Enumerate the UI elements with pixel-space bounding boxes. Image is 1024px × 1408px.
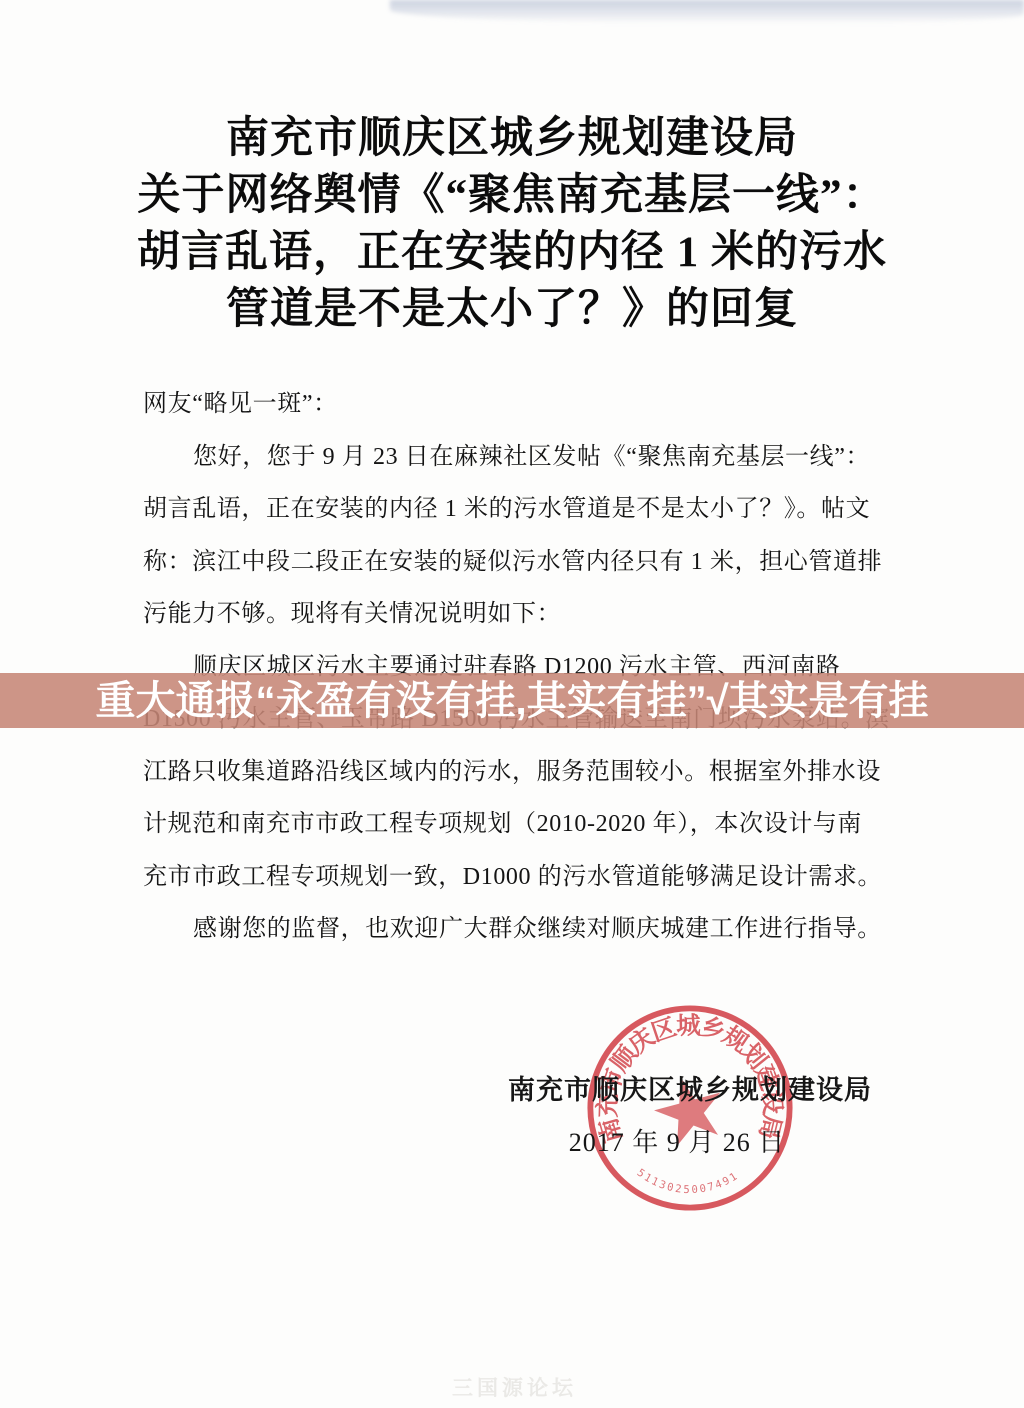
overlay-ad-text: 重大通报“永盈有没有挂,其实有挂”√其实是有挂 — [0, 673, 1024, 728]
forum-watermark: 三国源论坛 — [452, 1372, 577, 1402]
body-line: 江路只收集道路沿线区域内的污水，服务范围较小。根据室外排水设 — [143, 746, 888, 799]
overlay-ad-banner: 重大通报“永盈有没有挂,其实有挂”√其实是有挂 — [0, 673, 1024, 728]
body-line: 称：滨江中段二段正在安装的疑似污水管内径只有 1 米，担心管道排 — [143, 536, 888, 589]
scan-shadow — [390, 0, 1024, 24]
official-seal-stamp: 南充市顺庆区城乡规划建设局 5113025007491 — [584, 1002, 796, 1214]
svg-text:5113025007491: 5113025007491 — [635, 1167, 742, 1196]
body-line: 计规范和南充市市政工程专项规划（2010-2020 年），本次设计与南 — [143, 798, 888, 851]
body-line: 您好，您于 9 月 23 日在麻辣社区发帖《“聚焦南充基层一线”： — [143, 431, 888, 484]
document-title: 南充市顺庆区城乡规划建设局 关于网络舆情《“聚焦南充基层一线”： 胡言乱语，正在… — [50, 110, 974, 338]
body-line: 充市市政工程专项规划一致，D1000 的污水管道能够满足设计需求。 — [143, 851, 888, 904]
body-line: 感谢您的监督，也欢迎广大群众继续对顺庆城建工作进行指导。 — [143, 903, 888, 956]
scanned-document-page: 南充市顺庆区城乡规划建设局 关于网络舆情《“聚焦南充基层一线”： 胡言乱语，正在… — [0, 0, 1024, 1408]
document-body: 网友“略见一斑”： 您好，您于 9 月 23 日在麻辣社区发帖《“聚焦南充基层一… — [143, 378, 888, 956]
title-line: 南充市顺庆区城乡规划建设局 — [50, 110, 974, 167]
body-line: 胡言乱语，正在安装的内径 1 米的污水管道是不是太小了？》。帖文 — [143, 483, 888, 536]
signature-date: 2017 年 9 月 26 日 — [430, 1122, 924, 1159]
salutation: 网友“略见一斑”： — [143, 378, 888, 431]
body-line: 污能力不够。现将有关情况说明如下： — [143, 588, 888, 641]
title-line: 胡言乱语，正在安装的内径 1 米的污水 — [50, 224, 974, 281]
seal-number: 5113025007491 — [635, 1167, 742, 1196]
title-line: 管道是不是太小了？》的回复 — [50, 281, 974, 338]
title-line: 关于网络舆情《“聚焦南充基层一线”： — [50, 167, 974, 224]
signature-agency: 南充市顺庆区城乡规划建设局 — [430, 1068, 950, 1107]
